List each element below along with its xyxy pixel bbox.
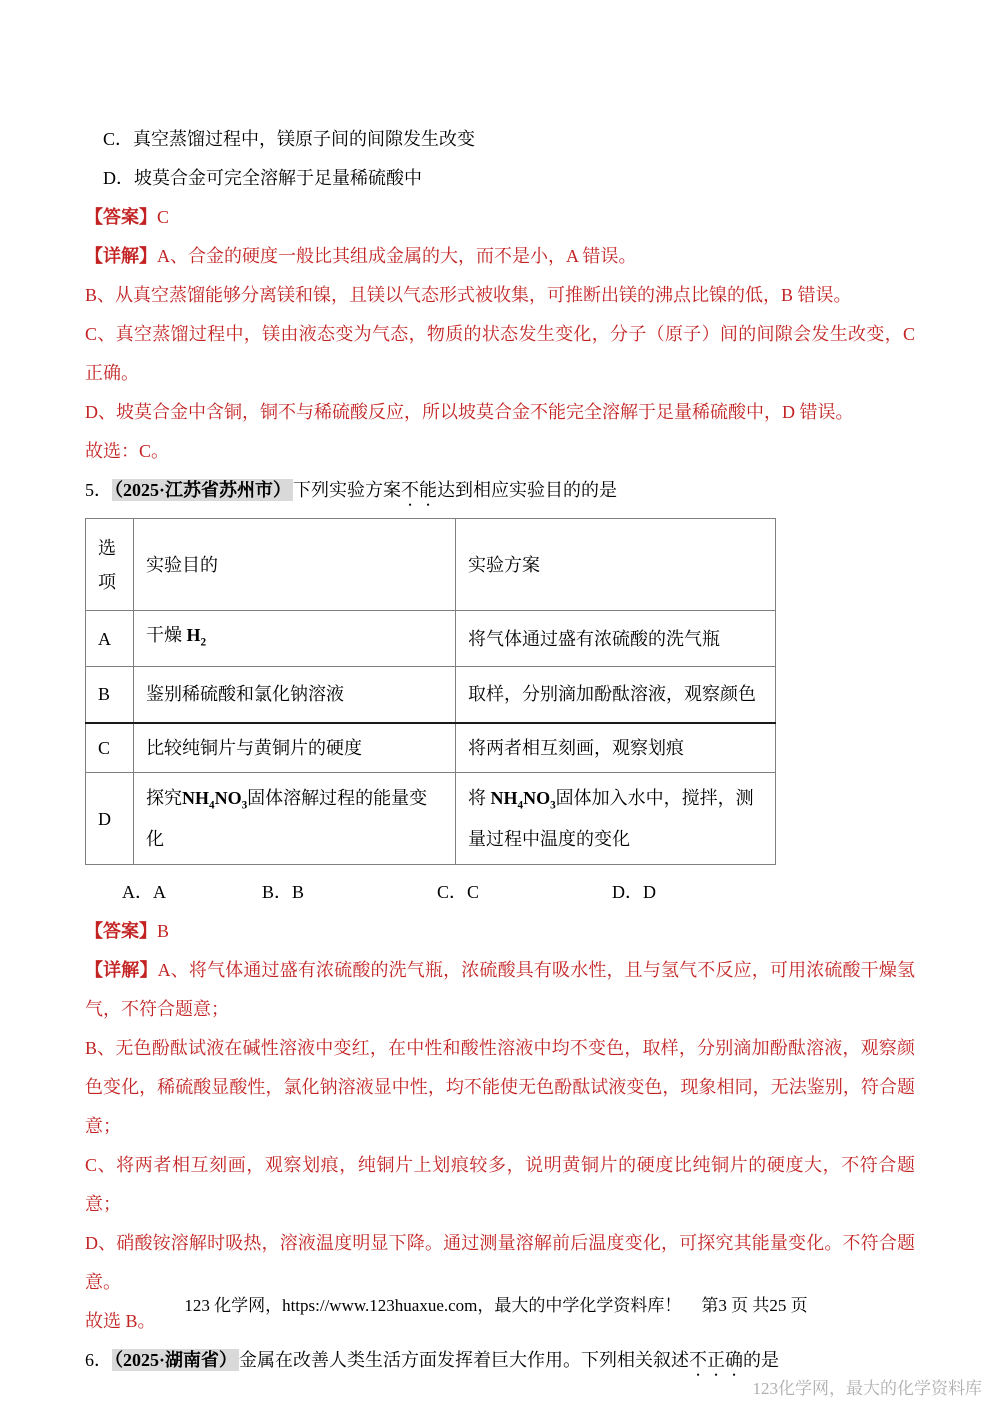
q5-detail-a-text: A、将气体通过盛有浓硫酸的洗气瓶，浓硫酸具有吸水性，且与氢气不反应，可用浓硫酸干… bbox=[85, 960, 915, 1019]
table-row-b: B 鉴别稀硫酸和氯化钠溶液 取样，分别滴加酚酞溶液，观察颜色 bbox=[86, 667, 776, 723]
table-header-row: 选项 实验目的 实验方案 bbox=[86, 519, 776, 611]
watermark-text: 123化学网，最大的化学资料库 bbox=[753, 1374, 983, 1399]
q5-answer-line: 【答案】B bbox=[85, 912, 915, 951]
q5-stem-pre: 下列实验方案 bbox=[293, 480, 401, 500]
row-d-plan-pre: 将 bbox=[468, 788, 486, 808]
q5-choices: A．AB．BC．CD．D bbox=[85, 873, 915, 912]
q4-detail-a: 【详解】A、合金的硬度一般比其组成金属的大，而不是小，A 错误。 bbox=[85, 237, 915, 276]
table-row-d: D 探究NH4NO3固体溶解过程的能量变化 将 NH4NO3固体加入水中，搅拌，… bbox=[86, 773, 776, 865]
row-b-plan: 取样，分别滴加酚酞溶液，观察颜色 bbox=[456, 667, 776, 723]
answer-label: 【答案】 bbox=[85, 207, 157, 227]
q4-answer-value: C bbox=[157, 207, 169, 227]
table-row-c: C 比较纯铜片与黄铜片的硬度 将两者相互刻画，观察划痕 bbox=[86, 723, 776, 773]
choice-b: B．B bbox=[262, 873, 437, 912]
detail-label: 【详解】 bbox=[85, 960, 158, 980]
choice-d: D．D bbox=[612, 873, 656, 912]
q5-number: 5． bbox=[85, 480, 112, 500]
row-b-option: B bbox=[86, 667, 134, 723]
row-a-plan: 将气体通过盛有浓硫酸的洗气瓶 bbox=[456, 611, 776, 667]
footer-site-text: 123 化学网，https://www.123huaxue.com，最大的中学化… bbox=[184, 1296, 681, 1315]
h2-formula: H2 bbox=[187, 625, 207, 645]
q4-answer-line: 【答案】C bbox=[85, 198, 915, 237]
header-plan: 实验方案 bbox=[456, 519, 776, 611]
q6-number: 6． bbox=[85, 1350, 112, 1370]
page-footer: 123 化学网，https://www.123huaxue.com，最大的中学化… bbox=[0, 1291, 992, 1316]
row-c-option: C bbox=[86, 723, 134, 773]
row-a-purpose-text: 干燥 bbox=[146, 625, 182, 645]
q4-option-c: C．真空蒸馏过程中，镁原子间的间隙发生改变 bbox=[85, 120, 915, 159]
q5-stem-emphasis: 不能 bbox=[401, 480, 437, 500]
q6-source-tag: （2025·湖南省） bbox=[112, 1349, 239, 1371]
row-c-purpose: 比较纯铜片与黄铜片的硬度 bbox=[134, 723, 456, 773]
document-page: C．真空蒸馏过程中，镁原子间的间隙发生改变 D．坡莫合金可完全溶解于足量稀硫酸中… bbox=[0, 0, 992, 1403]
row-d-plan: 将 NH4NO3固体加入水中，搅拌，测量过程中温度的变化 bbox=[456, 773, 776, 865]
q5-detail-c: C、将两者相互刻画，观察划痕，纯铜片上划痕较多，说明黄铜片的硬度比纯铜片的硬度大… bbox=[85, 1146, 915, 1224]
q6-stem-emphasis: 不正确 bbox=[689, 1350, 743, 1370]
row-a-purpose: 干燥 H2 bbox=[134, 611, 456, 667]
q6-stem-post: 的是 bbox=[743, 1350, 779, 1370]
q4-detail-c: C、真空蒸馏过程中，镁由液态变为气态，物质的状态发生变化，分子（原子）间的间隙会… bbox=[85, 315, 915, 393]
row-d-option: D bbox=[86, 773, 134, 865]
q5-answer-value: B bbox=[157, 921, 169, 941]
q5-detail-b: B、无色酚酞试液在碱性溶液中变红，在中性和酸性溶液中均不变色，取样，分别滴加酚酞… bbox=[85, 1029, 915, 1146]
q4-detail-d: D、坡莫合金中含铜，铜不与稀硫酸反应，所以坡莫合金不能完全溶解于足量稀硫酸中，D… bbox=[85, 393, 915, 432]
row-b-purpose: 鉴别稀硫酸和氯化钠溶液 bbox=[134, 667, 456, 723]
row-d-purpose: 探究NH4NO3固体溶解过程的能量变化 bbox=[134, 773, 456, 865]
q4-detail-b: B、从真空蒸馏能够分离镁和镍，且镁以气态形式被收集，可推断出镁的沸点比镍的低，B… bbox=[85, 276, 915, 315]
nh4no3-formula: NH4NO3 bbox=[491, 788, 556, 808]
choice-c: C．C bbox=[437, 873, 612, 912]
q5-stem-post: 达到相应实验目的的是 bbox=[437, 480, 617, 500]
nh4no3-formula: NH4NO3 bbox=[182, 788, 247, 808]
row-a-option: A bbox=[86, 611, 134, 667]
q6-stem-pre: 金属在改善人类生活方面发挥着巨大作用。下列相关叙述 bbox=[239, 1350, 689, 1370]
q5-source-tag: （2025·江苏省苏州市） bbox=[112, 479, 293, 501]
table-row-a: A 干燥 H2 将气体通过盛有浓硫酸的洗气瓶 bbox=[86, 611, 776, 667]
q4-option-d: D．坡莫合金可完全溶解于足量稀硫酸中 bbox=[85, 159, 915, 198]
q5-experiment-table: 选项 实验目的 实验方案 A 干燥 H2 将气体通过盛有浓硫酸的洗气瓶 B 鉴别… bbox=[85, 518, 776, 865]
detail-label: 【详解】 bbox=[85, 246, 157, 266]
q4-conclusion: 故选：C。 bbox=[85, 432, 915, 471]
q4-detail-a-text: A、合金的硬度一般比其组成金属的大，而不是小，A 错误。 bbox=[157, 246, 637, 266]
choice-a: A．A bbox=[122, 873, 262, 912]
page-content: C．真空蒸馏过程中，镁原子间的间隙发生改变 D．坡莫合金可完全溶解于足量稀硫酸中… bbox=[85, 120, 915, 1380]
row-d-purpose-pre: 探究 bbox=[146, 788, 182, 808]
q5-stem: 5．（2025·江苏省苏州市）下列实验方案不能达到相应实验目的的是 bbox=[85, 471, 915, 510]
answer-label: 【答案】 bbox=[85, 921, 157, 941]
q5-detail-a: 【详解】A、将气体通过盛有浓硫酸的洗气瓶，浓硫酸具有吸水性，且与氢气不反应，可用… bbox=[85, 951, 915, 1029]
row-c-plan: 将两者相互刻画，观察划痕 bbox=[456, 723, 776, 773]
footer-page-number: 第3 页 共25 页 bbox=[701, 1296, 807, 1315]
header-option: 选项 bbox=[86, 519, 134, 611]
header-purpose: 实验目的 bbox=[134, 519, 456, 611]
